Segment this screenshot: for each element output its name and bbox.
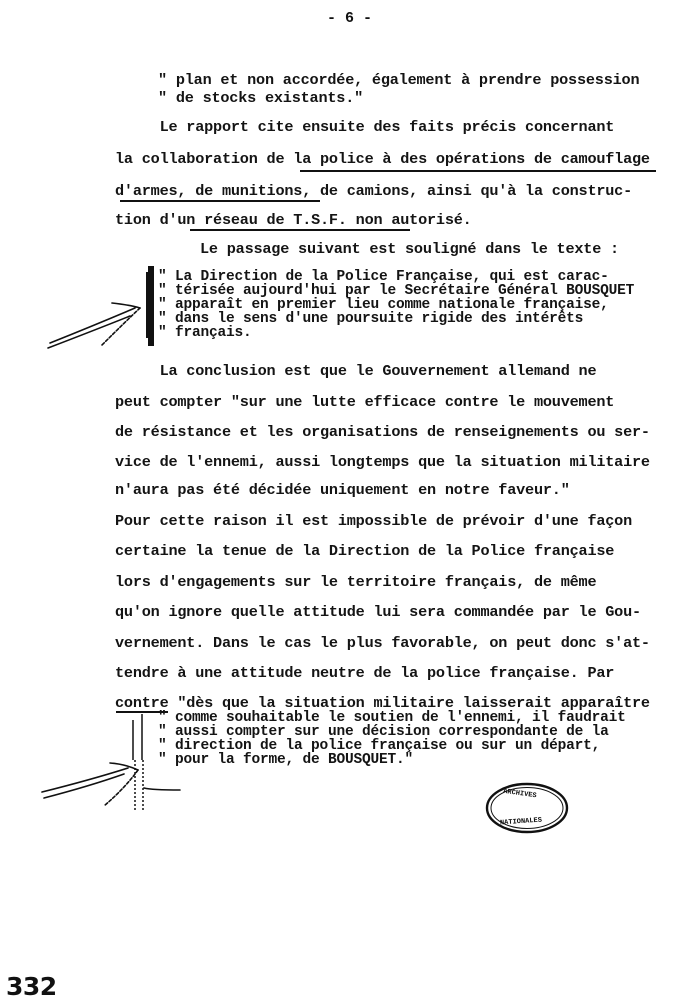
- margin-double-line-icon: [133, 714, 143, 812]
- margin-annotations: [0, 0, 700, 1008]
- document-page: - 6 - " plan et non accordée, également …: [0, 0, 700, 1008]
- footer-page-number: 332: [6, 972, 57, 1001]
- hand-drawn-arrow-icon: [42, 763, 180, 806]
- margin-bracket-icon: [146, 266, 154, 346]
- hand-drawn-arrow-icon: [48, 303, 140, 348]
